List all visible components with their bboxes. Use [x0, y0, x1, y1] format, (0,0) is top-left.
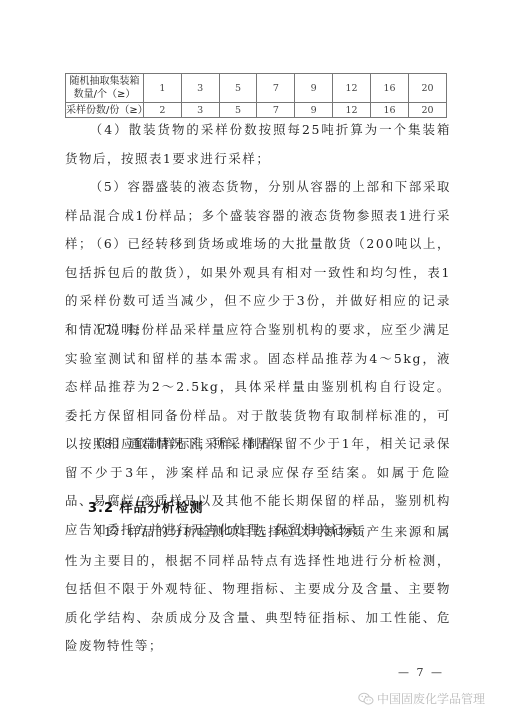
table-cell: 9 — [295, 74, 333, 103]
table-cell: 1 — [143, 74, 181, 103]
page-number: — 7 — — [398, 666, 444, 679]
table-cell: 5 — [219, 74, 257, 103]
table-row: 随机抽取集装箱 数量/个（≥） 1 3 5 7 9 12 16 20 — [66, 74, 447, 103]
row-header-line2: 数量/个（≥） — [66, 88, 143, 101]
table-cell: 7 — [257, 74, 295, 103]
document-page: 随机抽取集装箱 数量/个（≥） 1 3 5 7 9 12 16 20 采样份数/… — [0, 0, 513, 724]
row-header-line1: 随机抽取集装箱 — [66, 75, 143, 88]
watermark-text: 中国固废化学品管理 — [377, 690, 485, 707]
section-paragraph-1: （1）样品的分析检测项目选择应以判断物质产生来源和属性为主要目的，根据不同样品特… — [65, 505, 451, 661]
table-cell: 12 — [333, 74, 371, 103]
table-cell: 3 — [181, 74, 219, 103]
watermark: 中国固废化学品管理 — [358, 690, 485, 707]
table-cell: 16 — [371, 74, 409, 103]
row-header: 随机抽取集装箱 数量/个（≥） — [66, 74, 144, 103]
wechat-icon — [358, 692, 374, 706]
table-cell: 20 — [408, 74, 446, 103]
